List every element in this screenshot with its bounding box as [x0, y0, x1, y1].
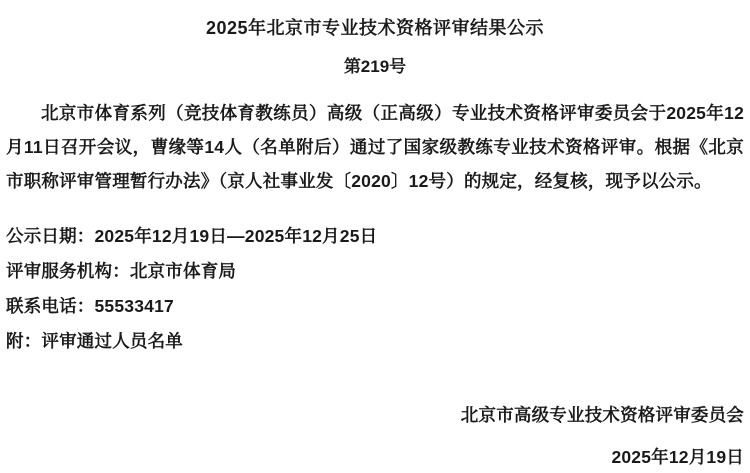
publicity-period-label: 公示日期：	[6, 226, 95, 246]
attachment-value: 评审通过人员名单	[41, 331, 183, 351]
body-paragraph: 北京市体育系列（竞技体育教练员）高级（正高级）专业技术资格评审委员会于2025年…	[6, 96, 744, 198]
info-line-review-agency: 评审服务机构：北京市体育局	[6, 261, 744, 281]
info-line-publicity-period: 公示日期：2025年12月19日—2025年12月25日	[6, 226, 744, 246]
document-number: 第219号	[6, 57, 744, 77]
review-agency-label: 评审服务机构：	[6, 261, 130, 281]
announcement-document: 2025年北京市专业技术资格评审结果公示 第219号 北京市体育系列（竞技体育教…	[0, 0, 750, 473]
document-title: 2025年北京市专业技术资格评审结果公示	[6, 16, 744, 40]
publicity-period-value: 2025年12月19日—2025年12月25日	[95, 226, 378, 246]
contact-phone-label: 联系电话：	[6, 296, 95, 316]
info-line-contact-phone: 联系电话：55533417	[6, 296, 744, 316]
attachment-label: 附：	[6, 331, 41, 351]
info-line-attachment: 附：评审通过人员名单	[6, 331, 744, 351]
issue-date: 2025年12月19日	[6, 447, 744, 467]
contact-phone-value: 55533417	[95, 296, 174, 316]
review-agency-value: 北京市体育局	[130, 261, 236, 281]
issuer-signature: 北京市高级专业技术资格评审委员会	[6, 405, 744, 425]
